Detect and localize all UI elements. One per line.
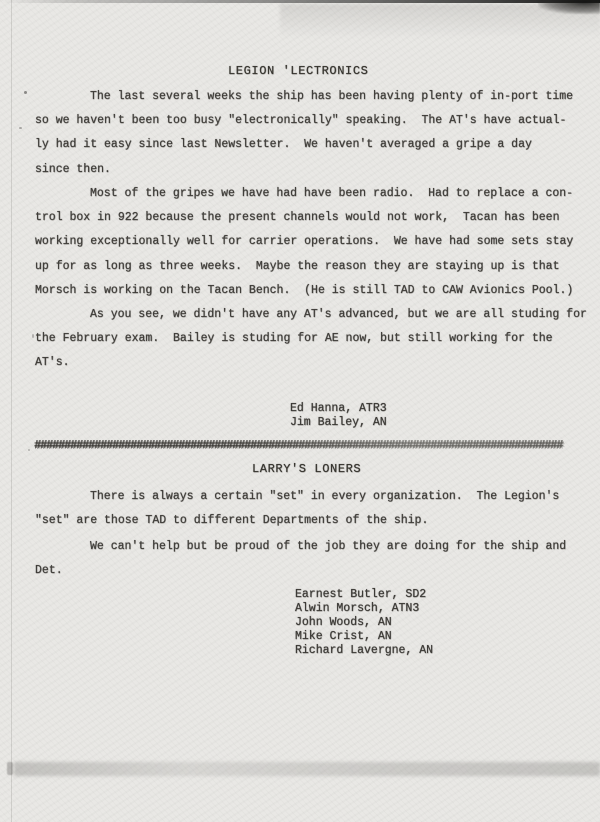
signature-name: John Woods, AN <box>295 616 433 630</box>
scan-top-edge-shadow <box>0 0 600 3</box>
ink-speck <box>28 449 30 451</box>
signature-name: Alwin Morsch, ATN3 <box>295 602 433 616</box>
text-line: ly had it easy since last Newsletter. We… <box>35 133 580 157</box>
scan-bottom-grain-band <box>14 762 600 776</box>
ink-speck <box>24 91 27 94</box>
paragraph: As you see, we didn't have any AT's adva… <box>35 303 580 376</box>
text-line: "set" are those TAD to different Departm… <box>35 509 580 533</box>
text-line: The last several weeks the ship has been… <box>35 85 580 109</box>
paragraph: We can't help but be proud of the job th… <box>35 535 580 583</box>
text-line: up for as long as three weeks. Maybe the… <box>35 255 580 279</box>
scan-top-grain-band <box>280 4 600 38</box>
paragraph: The last several weeks the ship has been… <box>35 85 580 182</box>
text-line: the February exam. Bailey is studing for… <box>35 327 580 351</box>
scanned-document-page: LEGION 'LECTRONICS The last several week… <box>0 0 600 822</box>
ink-speck <box>19 127 22 129</box>
section-title-larrys-loners: LARRY'S LONERS <box>252 462 361 476</box>
signature-name: Jim Bailey, AN <box>290 416 387 430</box>
paragraph: There is always a certain "set" in every… <box>35 485 580 533</box>
ink-speck <box>32 334 34 338</box>
text-line: There is always a certain "set" in every… <box>35 485 580 509</box>
signature-block-loners: Earnest Butler, SD2 Alwin Morsch, ATN3 J… <box>295 588 433 658</box>
text-line: since then. <box>35 158 580 182</box>
text-line: We can't help but be proud of the job th… <box>35 535 580 559</box>
section-title-legion-lectronics: LEGION 'LECTRONICS <box>228 64 368 78</box>
scan-left-line <box>11 0 12 822</box>
signature-name: Ed Hanna, ATR3 <box>290 402 387 416</box>
paragraph: Most of the gripes we have had have been… <box>35 182 580 303</box>
text-line: trol box in 922 because the present chan… <box>35 206 580 230</box>
text-line: AT's. <box>35 351 580 375</box>
signature-name: Earnest Butler, SD2 <box>295 588 433 602</box>
text-line: Most of the gripes we have had have been… <box>35 182 580 206</box>
signature-name: Richard Lavergne, AN <box>295 644 433 658</box>
text-line: working exceptionally well for carrier o… <box>35 230 580 254</box>
text-line: so we haven't been too busy "electronica… <box>35 109 580 133</box>
typed-hash-divider: ########################################… <box>34 438 574 453</box>
text-line: As you see, we didn't have any AT's adva… <box>35 303 580 327</box>
text-line: Det. <box>35 559 580 583</box>
ink-speck <box>7 762 13 775</box>
signature-name: Mike Crist, AN <box>295 630 433 644</box>
signature-block-electronics: Ed Hanna, ATR3 Jim Bailey, AN <box>290 402 387 430</box>
text-line: Morsch is working on the Tacan Bench. (H… <box>35 279 580 303</box>
